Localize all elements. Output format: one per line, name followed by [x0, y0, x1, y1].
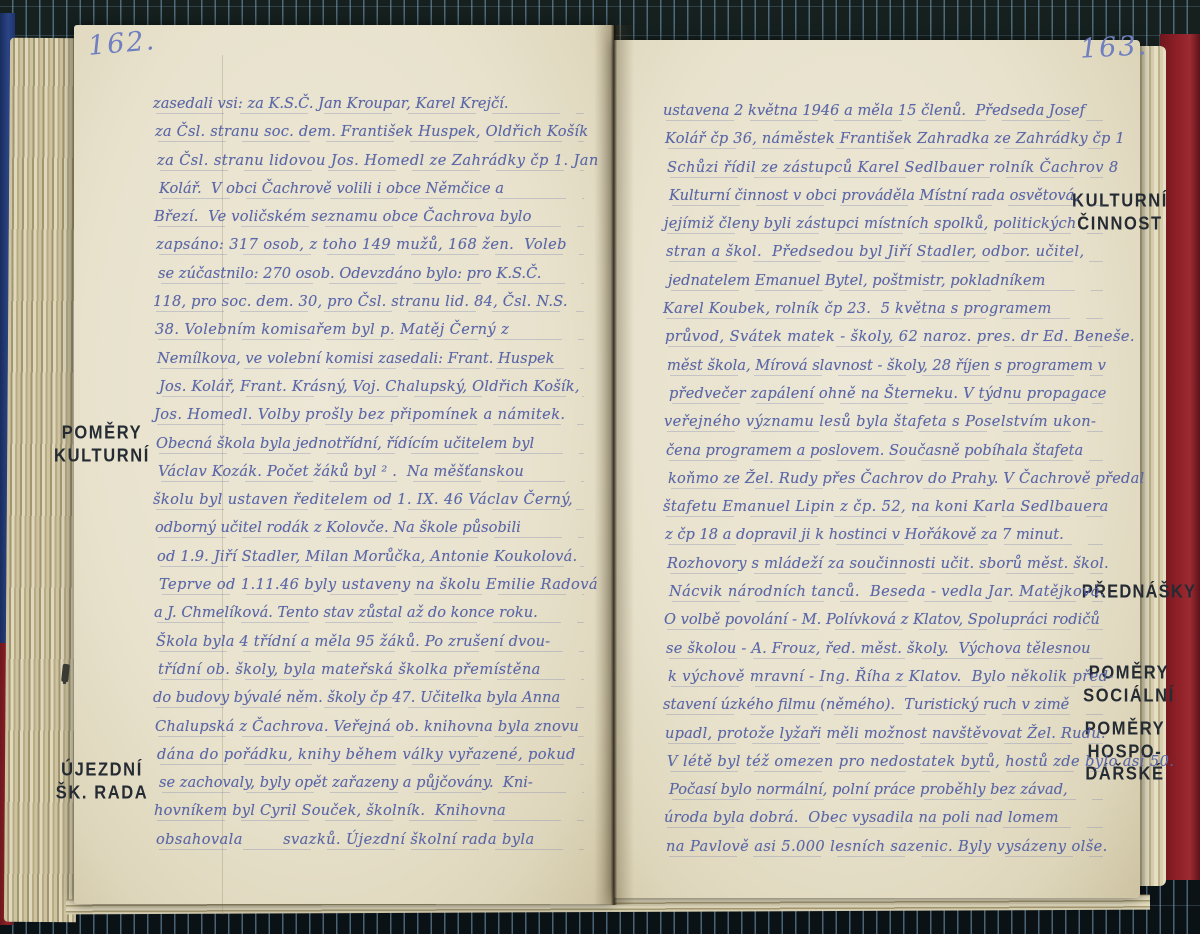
handwriting-line: Počasí bylo normální, polní práce proběh… [669, 776, 1128, 804]
handwriting-line: 38. Volebním komisařem byl p. Matěj Čern… [155, 316, 608, 344]
handwriting-line: V létě byl též omezen pro nedostatek byt… [667, 748, 1128, 776]
handwriting-line: Březí. Ve voličském seznamu obce Čachrov… [154, 203, 608, 231]
handwriting-line: třídní ob. školy, byla mateřská školka p… [158, 656, 608, 684]
handwriting-line: jednatelem Emanuel Bytel, poštmistr, pok… [668, 267, 1128, 295]
handwriting-line: k výchově mravní - Ing. Říha z Klatov. B… [668, 663, 1128, 691]
handwriting-line: se zúčastnilo: 270 osob. Odevzdáno bylo:… [158, 260, 608, 288]
handwriting-line: na Pavlově asi 5.000 lesních sazenic. By… [666, 833, 1128, 861]
handwriting-line: veřejného významu lesů byla štafeta s Po… [664, 408, 1128, 436]
handwriting-line: čena programem a poslovem. Současně pobí… [666, 437, 1128, 465]
handwriting-line: Václav Kozák. Počet žáků byl ² . Na měšť… [158, 458, 608, 486]
handwriting-line: Nácvik národních tanců. Beseda - vedla J… [669, 578, 1128, 606]
right-page-handwriting: ustavena 2 května 1946 a měla 15 členů. … [666, 97, 1128, 861]
handwriting-line: z čp 18 a dopravil ji k hostinci v Hořák… [665, 521, 1128, 549]
margin-heading-line: POMĚRY [50, 422, 154, 445]
handwriting-line: Karel Koubek, rolník čp 23. 5 května s p… [663, 295, 1128, 323]
margin-heading-ujezdni-sk-rada: ÚJEZDNÍ ŠK. RADA [48, 759, 156, 804]
chronicle-photo-scene: 162. POMĚRY KULTURNÍ ÚJEZDNÍ ŠK. RADA za… [0, 0, 1200, 934]
handwriting-line: Schůzi řídil ze zástupců Karel Sedlbauer… [667, 154, 1128, 182]
margin-heading-line: ÚJEZDNÍ [48, 759, 156, 782]
page-number-left: 162. [87, 25, 158, 62]
handwriting-line: předvečer zapálení ohně na Šterneku. V t… [669, 380, 1128, 408]
handwriting-line: Chalupská z Čachrova. Veřejná ob. knihov… [155, 713, 608, 741]
handwriting-line: do budovy bývalé něm. školy čp 47. Učite… [153, 684, 608, 712]
handwriting-line: průvod, Svátek matek - školy, 62 naroz. … [665, 323, 1128, 351]
handwriting-line: O volbě povolání - M. Polívková z Klatov… [664, 606, 1128, 634]
handwriting-line: odborný učitel rodák z Kolovče. Na škole… [155, 514, 608, 542]
handwriting-line: se školou - A. Frouz, řed. měst. školy. … [666, 635, 1128, 663]
margin-heading-line: KULTURNÍ [50, 445, 154, 468]
handwriting-line: dána do pořádku, knihy během války vyřaz… [157, 741, 608, 769]
handwriting-line: za Čsl. stranu lidovou Jos. Homedl ze Za… [157, 147, 608, 175]
handwriting-line: Kolář. V obci Čachrově volili i obce Něm… [159, 175, 608, 203]
handwriting-line: Teprve od 1.11.46 byly ustaveny na školu… [159, 571, 608, 599]
handwriting-line: Kulturní činnost v obci prováděla Místní… [669, 182, 1128, 210]
handwriting-line: stran a škol. Předsedou byl Jiří Stadler… [666, 238, 1128, 266]
margin-heading-pomery-kulturni: POMĚRY KULTURNÍ [50, 422, 154, 467]
handwriting-line: koňmo ze Žel. Rudy přes Čachrov do Prahy… [668, 465, 1128, 493]
handwriting-line: Jos. Homedl. Volby prošly bez připomínek… [154, 401, 608, 429]
handwriting-line: Rozhovory s mládeží za součinnosti učit.… [667, 550, 1128, 578]
handwriting-line: za Čsl. stranu soc. dem. František Huspe… [155, 118, 608, 146]
handwriting-line: štafetu Emanuel Lipin z čp. 52, na koni … [663, 493, 1128, 521]
handwriting-line: stavení úzkého filmu (němého). Turistick… [663, 691, 1128, 719]
handwriting-line: Obecná škola byla jednotřídní, řídícím u… [156, 430, 608, 458]
handwriting-line: Jos. Kolář, Frant. Krásný, Voj. Chalupsk… [159, 373, 608, 401]
handwriting-line: jejímiž členy byli zástupci místních spo… [664, 210, 1128, 238]
handwriting-line: zapsáno: 317 osob, z toho 149 mužů, 168 … [156, 231, 608, 259]
handwriting-line: Škola byla 4 třídní a měla 95 žáků. Po z… [156, 628, 608, 656]
handwriting-line: od 1.9. Jiří Stadler, Milan Morůčka, Ant… [157, 543, 608, 571]
margin-heading-line: ŠK. RADA [48, 782, 156, 805]
handwriting-line: upadl, protože lyžaři měli možnost navšt… [665, 720, 1128, 748]
handwriting-line: úroda byla dobrá. Obec vysadila na poli … [664, 804, 1128, 832]
handwriting-line: obsahovala svazků. Újezdní školní rada b… [156, 826, 608, 854]
handwriting-line: ustavena 2 května 1946 a měla 15 členů. … [663, 97, 1128, 125]
handwriting-line: Kolář čp 36, náměstek František Zahradka… [665, 125, 1128, 153]
handwriting-line: a J. Chmelíková. Tento stav zůstal až do… [154, 599, 608, 627]
handwriting-line: hovníkem byl Cyril Souček, školník. Knih… [154, 797, 608, 825]
handwriting-line: školu byl ustaven ředitelem od 1. IX. 46… [153, 486, 608, 514]
page-number-right: 163. [1079, 30, 1149, 65]
handwriting-line: 118, pro soc. dem. 30, pro Čsl. stranu l… [153, 288, 608, 316]
handwriting-line: se zachovaly, byly opět zařazeny a půjčo… [159, 769, 608, 797]
handwriting-line: zasedali vsi: za K.S.Č. Jan Kroupar, Kar… [153, 90, 608, 118]
left-page-handwriting: zasedali vsi: za K.S.Č. Jan Kroupar, Kar… [156, 90, 608, 854]
handwriting-line: měst škola, Mírová slavnost - školy, 28 … [667, 352, 1128, 380]
handwriting-line: Nemílkova, ve volební komisi zasedali: F… [157, 345, 608, 373]
